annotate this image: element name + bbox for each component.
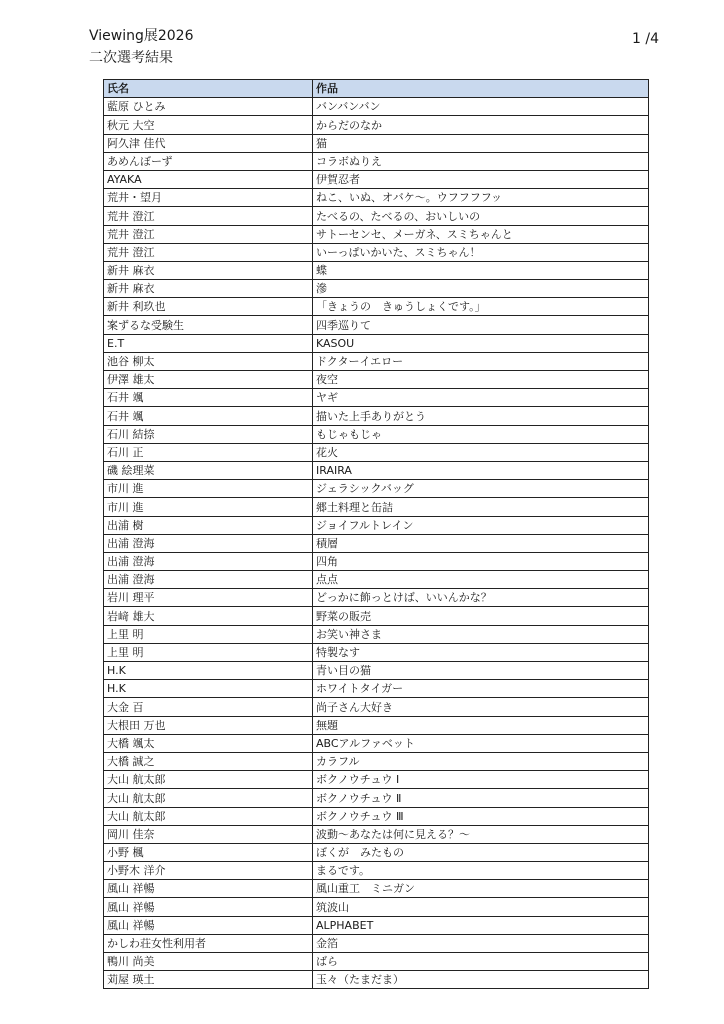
work-cell: コラボぬりえ bbox=[313, 152, 649, 170]
table-row: 市川 進ジェラシックバッグ bbox=[104, 480, 649, 498]
table-row: 石井 颯描いた上手ありがとう bbox=[104, 407, 649, 425]
work-cell: 風山重工 ミニガン bbox=[313, 880, 649, 898]
work-cell: 描いた上手ありがとう bbox=[313, 407, 649, 425]
table-row: H.K青い目の猫 bbox=[104, 662, 649, 680]
work-cell: 「きょうの きゅうしょくです。」 bbox=[313, 298, 649, 316]
table-row: 風山 祥暢風山重工 ミニガン bbox=[104, 880, 649, 898]
name-cell: 荒井・望月 bbox=[104, 189, 313, 207]
name-cell: 荒井 澄江 bbox=[104, 225, 313, 243]
table-row: E.TKASOU bbox=[104, 334, 649, 352]
work-cell: ボクノウチュウ Ⅱ bbox=[313, 789, 649, 807]
work-cell: カラフル bbox=[313, 752, 649, 770]
name-cell: 石川 結捺 bbox=[104, 425, 313, 443]
work-cell: 野菜の販売 bbox=[313, 607, 649, 625]
work-cell: 郷土料理と缶詰 bbox=[313, 498, 649, 516]
table-row: 案ずるな受験生四季巡りて bbox=[104, 316, 649, 334]
name-cell: 上里 明 bbox=[104, 643, 313, 661]
name-cell: 新井 麻衣 bbox=[104, 261, 313, 279]
name-cell: 岩川 理平 bbox=[104, 589, 313, 607]
name-cell: 小野 楓 bbox=[104, 843, 313, 861]
document-subtitle: 二次選考結果 bbox=[89, 49, 173, 67]
name-cell: 新井 利玖也 bbox=[104, 298, 313, 316]
table-row: 石川 正花火 bbox=[104, 443, 649, 461]
work-cell: 玉々（たまだま） bbox=[313, 971, 649, 989]
name-cell: 市川 進 bbox=[104, 480, 313, 498]
table-row: 石川 結捺もじゃもじゃ bbox=[104, 425, 649, 443]
table-row: 出浦 澄海積層 bbox=[104, 534, 649, 552]
table-row: 新井 利玖也「きょうの きゅうしょくです。」 bbox=[104, 298, 649, 316]
name-cell: 風山 祥暢 bbox=[104, 880, 313, 898]
name-cell: 伊澤 雄太 bbox=[104, 371, 313, 389]
name-cell: 大根田 万也 bbox=[104, 716, 313, 734]
work-cell: 四季巡りて bbox=[313, 316, 649, 334]
table-row: H.Kホワイトタイガー bbox=[104, 680, 649, 698]
name-cell: 苅屋 瑛土 bbox=[104, 971, 313, 989]
name-cell: かしわ荘女性利用者 bbox=[104, 934, 313, 952]
table-row: 磯 絵理菜IRAIRA bbox=[104, 461, 649, 479]
name-cell: 風山 祥暢 bbox=[104, 898, 313, 916]
name-cell: 磯 絵理菜 bbox=[104, 461, 313, 479]
name-cell: 石井 颯 bbox=[104, 407, 313, 425]
work-cell: 特製なす bbox=[313, 643, 649, 661]
name-cell: 荒井 澄江 bbox=[104, 207, 313, 225]
name-cell: 秋元 大空 bbox=[104, 116, 313, 134]
table-row: 池谷 柳太ドクターイエロー bbox=[104, 352, 649, 370]
table-row: 大山 航太郎ボクノウチュウ Ⅰ bbox=[104, 771, 649, 789]
name-cell: 市川 進 bbox=[104, 498, 313, 516]
table-row: 阿久津 佳代猫 bbox=[104, 134, 649, 152]
work-cell: ALPHABET bbox=[313, 916, 649, 934]
table-row: 鴨川 尚美ばら bbox=[104, 953, 649, 971]
work-cell: もじゃもじゃ bbox=[313, 425, 649, 443]
table-row: 大橋 誠之カラフル bbox=[104, 752, 649, 770]
name-cell: 出浦 澄海 bbox=[104, 571, 313, 589]
name-cell: 鴨川 尚美 bbox=[104, 953, 313, 971]
name-cell: 出浦 澄海 bbox=[104, 552, 313, 570]
table-body: 藍原 ひとみバンバンバン秋元 大空からだのなか阿久津 佳代猫あめんぼーずコラボぬ… bbox=[104, 98, 649, 989]
work-cell: 無題 bbox=[313, 716, 649, 734]
table-row: 苅屋 瑛土玉々（たまだま） bbox=[104, 971, 649, 989]
name-cell: H.K bbox=[104, 680, 313, 698]
table-row: 石井 颯ヤギ bbox=[104, 389, 649, 407]
work-cell: ボクノウチュウ Ⅲ bbox=[313, 807, 649, 825]
work-cell: 金箔 bbox=[313, 934, 649, 952]
work-cell: 伊賀忍者 bbox=[313, 170, 649, 188]
name-cell: 大橋 颯太 bbox=[104, 734, 313, 752]
work-cell: 点点 bbox=[313, 571, 649, 589]
work-cell: 蝶 bbox=[313, 261, 649, 279]
table-row: 大橋 颯太ABCアルファベット bbox=[104, 734, 649, 752]
table-row: 大山 航太郎ボクノウチュウ Ⅲ bbox=[104, 807, 649, 825]
table-row: 新井 麻衣滲 bbox=[104, 280, 649, 298]
work-cell: ジェラシックバッグ bbox=[313, 480, 649, 498]
work-cell: たべるの、たべるの、おいしいの bbox=[313, 207, 649, 225]
table-row: 荒井・望月ねこ、いぬ、オバケ〜。ウフフフフッ bbox=[104, 189, 649, 207]
work-cell: ボクノウチュウ Ⅰ bbox=[313, 771, 649, 789]
work-cell: 花火 bbox=[313, 443, 649, 461]
work-cell: 猫 bbox=[313, 134, 649, 152]
column-header-work: 作品 bbox=[313, 80, 649, 98]
work-cell: IRAIRA bbox=[313, 461, 649, 479]
table-row: かしわ荘女性利用者金箔 bbox=[104, 934, 649, 952]
table-row: 秋元 大空からだのなか bbox=[104, 116, 649, 134]
table-header-row: 氏名 作品 bbox=[104, 80, 649, 98]
name-cell: 大山 航太郎 bbox=[104, 771, 313, 789]
table-row: 新井 麻衣蝶 bbox=[104, 261, 649, 279]
name-cell: 新井 麻衣 bbox=[104, 280, 313, 298]
table-row: 小野木 洋介まるです。 bbox=[104, 862, 649, 880]
work-cell: 四角 bbox=[313, 552, 649, 570]
work-cell: ヤギ bbox=[313, 389, 649, 407]
table-row: 風山 祥暢ALPHABET bbox=[104, 916, 649, 934]
name-cell: 石川 正 bbox=[104, 443, 313, 461]
document-title: Viewing展2026 bbox=[89, 27, 194, 45]
table-row: 藍原 ひとみバンバンバン bbox=[104, 98, 649, 116]
table-row: 出浦 樹ジョイフルトレイン bbox=[104, 516, 649, 534]
name-cell: 大橋 誠之 bbox=[104, 752, 313, 770]
name-cell: AYAKA bbox=[104, 170, 313, 188]
name-cell: 荒井 澄江 bbox=[104, 243, 313, 261]
table-row: 上里 明特製なす bbox=[104, 643, 649, 661]
column-header-name: 氏名 bbox=[104, 80, 313, 98]
name-cell: 風山 祥暢 bbox=[104, 916, 313, 934]
table-row: 岩川 理平どっかに飾っとけば、いいんかな？ bbox=[104, 589, 649, 607]
table-row: 小野 楓ぼくが みたもの bbox=[104, 843, 649, 861]
name-cell: 池谷 柳太 bbox=[104, 352, 313, 370]
results-table: 氏名 作品 藍原 ひとみバンバンバン秋元 大空からだのなか阿久津 佳代猫あめんぼ… bbox=[103, 79, 649, 989]
work-cell: 尚子さん大好き bbox=[313, 698, 649, 716]
table-row: 大山 航太郎ボクノウチュウ Ⅱ bbox=[104, 789, 649, 807]
name-cell: 上里 明 bbox=[104, 625, 313, 643]
work-cell: 筑波山 bbox=[313, 898, 649, 916]
work-cell: ぼくが みたもの bbox=[313, 843, 649, 861]
work-cell: 滲 bbox=[313, 280, 649, 298]
table-row: 伊澤 雄太夜空 bbox=[104, 371, 649, 389]
table-row: 岩﨑 雄大野菜の販売 bbox=[104, 607, 649, 625]
table-row: AYAKA伊賀忍者 bbox=[104, 170, 649, 188]
work-cell: 積層 bbox=[313, 534, 649, 552]
work-cell: KASOU bbox=[313, 334, 649, 352]
table-row: あめんぼーずコラボぬりえ bbox=[104, 152, 649, 170]
table-row: 市川 進郷土料理と缶詰 bbox=[104, 498, 649, 516]
page-number: 1 /4 bbox=[632, 30, 659, 48]
work-cell: ばら bbox=[313, 953, 649, 971]
work-cell: バンバンバン bbox=[313, 98, 649, 116]
name-cell: 岩﨑 雄大 bbox=[104, 607, 313, 625]
work-cell: 青い目の猫 bbox=[313, 662, 649, 680]
name-cell: 大山 航太郎 bbox=[104, 807, 313, 825]
table-row: 出浦 澄海四角 bbox=[104, 552, 649, 570]
table-row: 荒井 澄江サトーセンセ、メーガネ、スミちゃんと bbox=[104, 225, 649, 243]
table-row: 風山 祥暢筑波山 bbox=[104, 898, 649, 916]
table-row: 荒井 澄江いーっぱいかいた、スミちゃん！ bbox=[104, 243, 649, 261]
table-row: 大金 百尚子さん大好き bbox=[104, 698, 649, 716]
work-cell: ねこ、いぬ、オバケ〜。ウフフフフッ bbox=[313, 189, 649, 207]
name-cell: 小野木 洋介 bbox=[104, 862, 313, 880]
name-cell: 藍原 ひとみ bbox=[104, 98, 313, 116]
name-cell: 阿久津 佳代 bbox=[104, 134, 313, 152]
work-cell: からだのなか bbox=[313, 116, 649, 134]
name-cell: 出浦 澄海 bbox=[104, 534, 313, 552]
work-cell: 波動〜あなたは何に見える？〜 bbox=[313, 825, 649, 843]
work-cell: まるです。 bbox=[313, 862, 649, 880]
work-cell: ABCアルファベット bbox=[313, 734, 649, 752]
name-cell: あめんぼーず bbox=[104, 152, 313, 170]
work-cell: お笑い神さま bbox=[313, 625, 649, 643]
work-cell: ジョイフルトレイン bbox=[313, 516, 649, 534]
name-cell: 案ずるな受験生 bbox=[104, 316, 313, 334]
work-cell: ホワイトタイガー bbox=[313, 680, 649, 698]
table-row: 大根田 万也無題 bbox=[104, 716, 649, 734]
work-cell: ドクターイエロー bbox=[313, 352, 649, 370]
table-row: 荒井 澄江たべるの、たべるの、おいしいの bbox=[104, 207, 649, 225]
work-cell: サトーセンセ、メーガネ、スミちゃんと bbox=[313, 225, 649, 243]
table-row: 出浦 澄海点点 bbox=[104, 571, 649, 589]
table-row: 岡川 佳奈波動〜あなたは何に見える？〜 bbox=[104, 825, 649, 843]
name-cell: 大金 百 bbox=[104, 698, 313, 716]
name-cell: 出浦 樹 bbox=[104, 516, 313, 534]
work-cell: いーっぱいかいた、スミちゃん！ bbox=[313, 243, 649, 261]
name-cell: 石井 颯 bbox=[104, 389, 313, 407]
name-cell: 大山 航太郎 bbox=[104, 789, 313, 807]
name-cell: 岡川 佳奈 bbox=[104, 825, 313, 843]
table-row: 上里 明お笑い神さま bbox=[104, 625, 649, 643]
name-cell: H.K bbox=[104, 662, 313, 680]
work-cell: どっかに飾っとけば、いいんかな？ bbox=[313, 589, 649, 607]
work-cell: 夜空 bbox=[313, 371, 649, 389]
name-cell: E.T bbox=[104, 334, 313, 352]
